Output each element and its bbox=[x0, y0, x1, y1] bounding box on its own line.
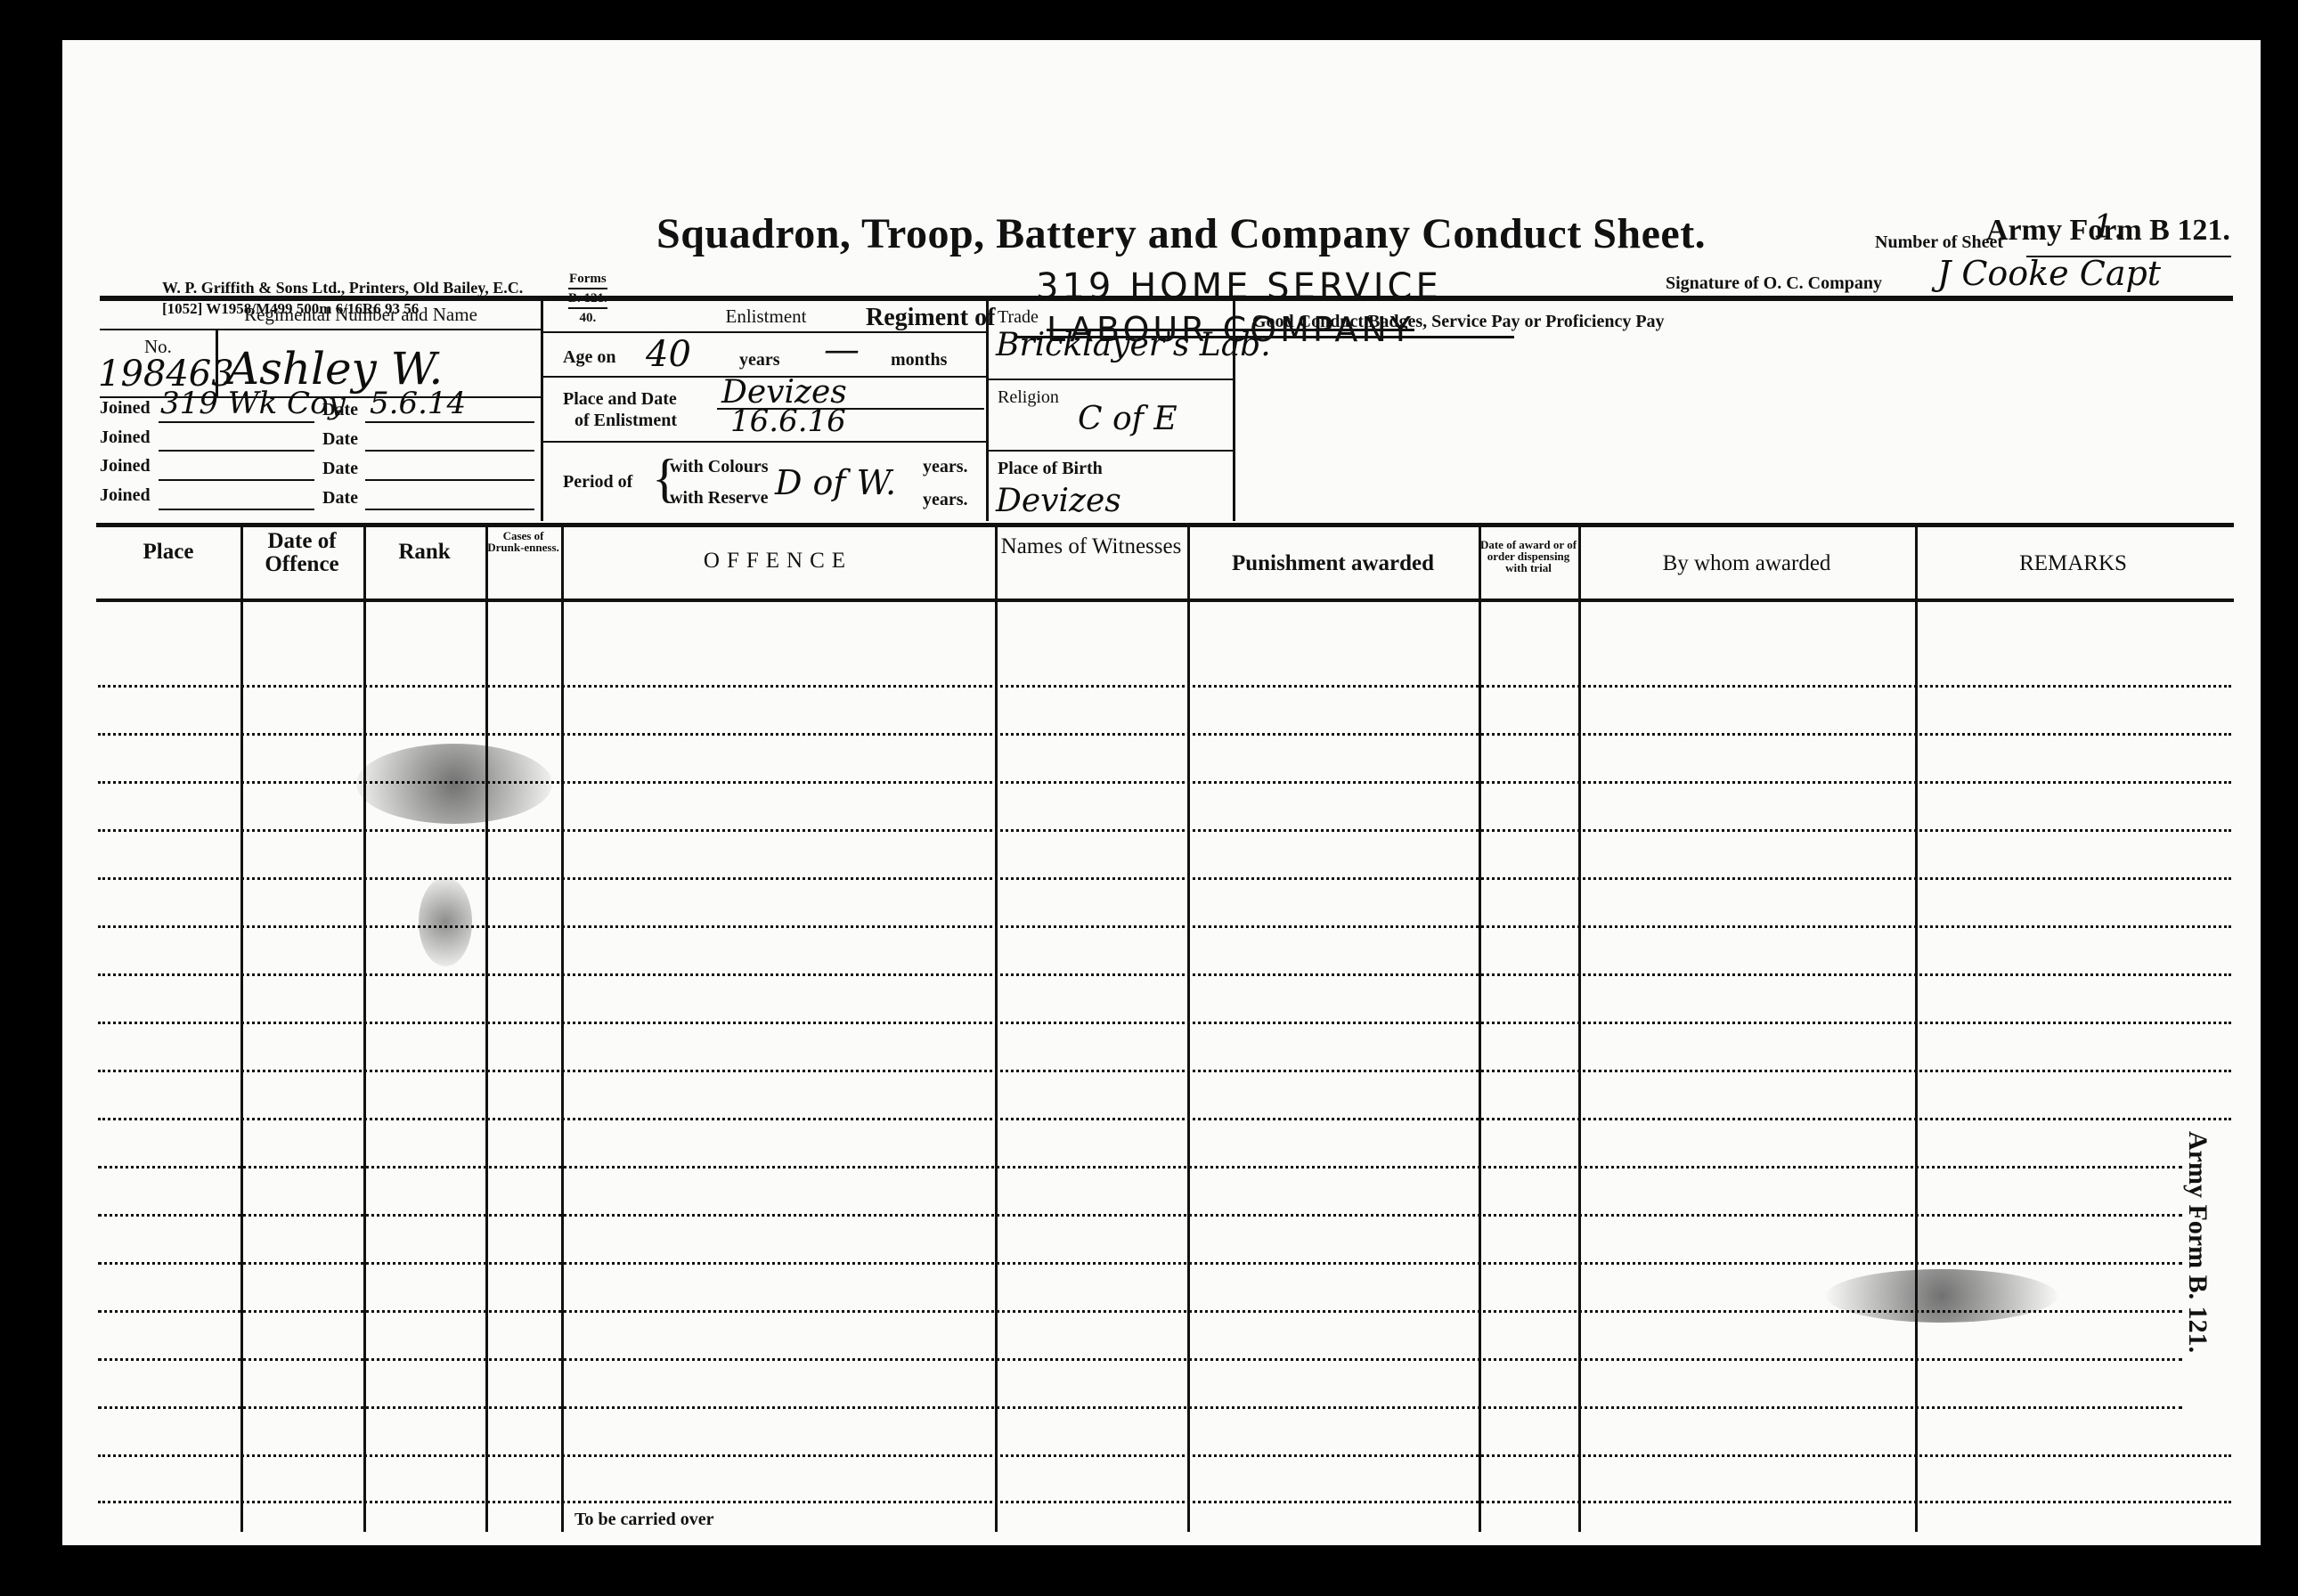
divider bbox=[986, 298, 989, 521]
column-drunkenness: Cases of Drunk-enness. bbox=[485, 530, 561, 553]
column-rank: Rank bbox=[363, 541, 485, 564]
header-rule bbox=[100, 296, 2233, 301]
table-header-rule bbox=[96, 598, 2234, 602]
table-row[interactable] bbox=[98, 973, 2231, 976]
signature-label: Signature of O. C. Company bbox=[1666, 273, 1882, 294]
enlistment-date[interactable]: 16.6.16 bbox=[730, 403, 846, 439]
joined-date-1[interactable]: 5.6.14 bbox=[370, 386, 466, 421]
with-colours-label: with Colours bbox=[670, 457, 769, 477]
table-row[interactable] bbox=[98, 733, 2231, 736]
column-divider bbox=[1915, 525, 1918, 1532]
table-row[interactable] bbox=[98, 1310, 2182, 1313]
table-row[interactable] bbox=[98, 1166, 2182, 1168]
column-divider bbox=[363, 525, 366, 1532]
printer-line-1: W. P. Griffith & Sons Ltd., Printers, Ol… bbox=[162, 279, 523, 297]
table-row[interactable] bbox=[98, 925, 2231, 928]
divider bbox=[986, 379, 1233, 380]
trade-label: Trade bbox=[998, 307, 1039, 328]
column-by-whom: By whom awarded bbox=[1578, 552, 1915, 575]
age-value[interactable]: 40 bbox=[646, 334, 691, 375]
sheet-number-label: Number of Sheet bbox=[1875, 232, 2003, 253]
date-line bbox=[365, 421, 534, 423]
column-date-of-offence: Date of Offence bbox=[240, 530, 363, 576]
table-row[interactable] bbox=[98, 1214, 2182, 1217]
joined-line bbox=[159, 509, 314, 510]
place-date-label-2: of Enlistment bbox=[574, 411, 677, 431]
table-top-rule bbox=[96, 523, 2234, 527]
table-row[interactable] bbox=[98, 685, 2231, 688]
regiment-stamp-line-1: 319 HOME SERVICE bbox=[1036, 266, 1442, 307]
table-row[interactable] bbox=[98, 1118, 2231, 1120]
birth-value[interactable]: Devizes bbox=[996, 483, 1121, 519]
table-row[interactable] bbox=[98, 1454, 2231, 1457]
column-witnesses: Names of Witnesses bbox=[995, 535, 1187, 558]
date-line bbox=[365, 450, 534, 452]
column-punishment: Punishment awarded bbox=[1187, 552, 1479, 575]
table-row[interactable] bbox=[98, 1070, 2231, 1072]
signature-value[interactable]: J Cooke Capt bbox=[1937, 254, 2161, 293]
date-label: Date bbox=[322, 429, 358, 450]
ink-stain bbox=[356, 744, 552, 824]
column-divider bbox=[561, 525, 564, 1532]
table-row[interactable] bbox=[98, 877, 2231, 880]
date-label: Date bbox=[322, 488, 358, 509]
period-value[interactable]: D of W. bbox=[775, 463, 896, 502]
column-divider bbox=[995, 525, 998, 1532]
joined-value-1[interactable]: 319 Wk Coy bbox=[160, 386, 346, 421]
column-place: Place bbox=[96, 541, 240, 564]
period-label: Period of bbox=[563, 472, 632, 493]
column-divider bbox=[240, 525, 243, 1532]
column-divider bbox=[1187, 525, 1190, 1532]
divider bbox=[541, 441, 986, 443]
ink-stain bbox=[1826, 1269, 2058, 1323]
conduct-sheet-page: Squadron, Troop, Battery and Company Con… bbox=[62, 40, 2261, 1545]
religion-label: Religion bbox=[998, 387, 1059, 408]
divider bbox=[1233, 298, 1235, 521]
birth-label: Place of Birth bbox=[998, 459, 1103, 479]
joined-line bbox=[159, 421, 314, 423]
date-line bbox=[365, 479, 534, 481]
column-offence: OFFENCE bbox=[561, 550, 995, 573]
table-row[interactable] bbox=[98, 1262, 2182, 1265]
divider bbox=[986, 450, 1233, 452]
table-row[interactable] bbox=[98, 829, 2231, 832]
table-row[interactable] bbox=[98, 1022, 2231, 1024]
column-divider bbox=[1578, 525, 1581, 1532]
religion-value[interactable]: C of E bbox=[1078, 401, 1178, 437]
date-label: Date bbox=[322, 459, 358, 479]
column-divider bbox=[485, 525, 488, 1532]
place-date-label: Place and Date bbox=[563, 389, 677, 410]
trade-value[interactable]: Bricklayer's Lab. bbox=[996, 327, 1271, 363]
badges-label: Good Conduct Badges, Service Pay or Prof… bbox=[1252, 312, 1665, 332]
divider bbox=[541, 331, 986, 333]
joined-label: Joined bbox=[100, 427, 151, 448]
table-row[interactable] bbox=[98, 1501, 2231, 1503]
age-label: Age on bbox=[563, 347, 615, 368]
months-value[interactable]: — bbox=[824, 330, 860, 370]
joined-line bbox=[159, 450, 314, 452]
divider bbox=[100, 329, 541, 330]
with-reserve-label: with Reserve bbox=[670, 488, 769, 509]
table-row[interactable] bbox=[98, 781, 2231, 784]
date-label: Date bbox=[322, 400, 358, 420]
joined-label: Joined bbox=[100, 398, 151, 419]
joined-label: Joined bbox=[100, 456, 151, 476]
page-title: Squadron, Troop, Battery and Company Con… bbox=[656, 209, 1706, 258]
side-form-label: Army Form B. 121. bbox=[2182, 1131, 2212, 1353]
date-line bbox=[365, 509, 534, 510]
months-label: months bbox=[891, 350, 947, 370]
years-label: years bbox=[739, 350, 780, 370]
enlistment-section-title: Enlistment bbox=[543, 305, 989, 328]
column-divider bbox=[1479, 525, 1481, 1532]
table-row[interactable] bbox=[98, 1406, 2182, 1409]
years-label: years. bbox=[923, 490, 968, 510]
joined-label: Joined bbox=[100, 485, 151, 506]
table-row[interactable] bbox=[98, 1358, 2182, 1361]
column-remarks: REMARKS bbox=[1915, 552, 2231, 575]
carried-over-label: To be carried over bbox=[574, 1510, 713, 1530]
joined-line bbox=[159, 479, 314, 481]
years-label: years. bbox=[923, 457, 968, 477]
sheet-number-value[interactable]: 1. bbox=[2093, 209, 2123, 246]
ink-stain bbox=[419, 877, 472, 966]
regimental-section-title: Regimental Number and Name bbox=[187, 304, 534, 326]
column-date-of-award: Date of award or of order dispensing wit… bbox=[1479, 539, 1578, 574]
